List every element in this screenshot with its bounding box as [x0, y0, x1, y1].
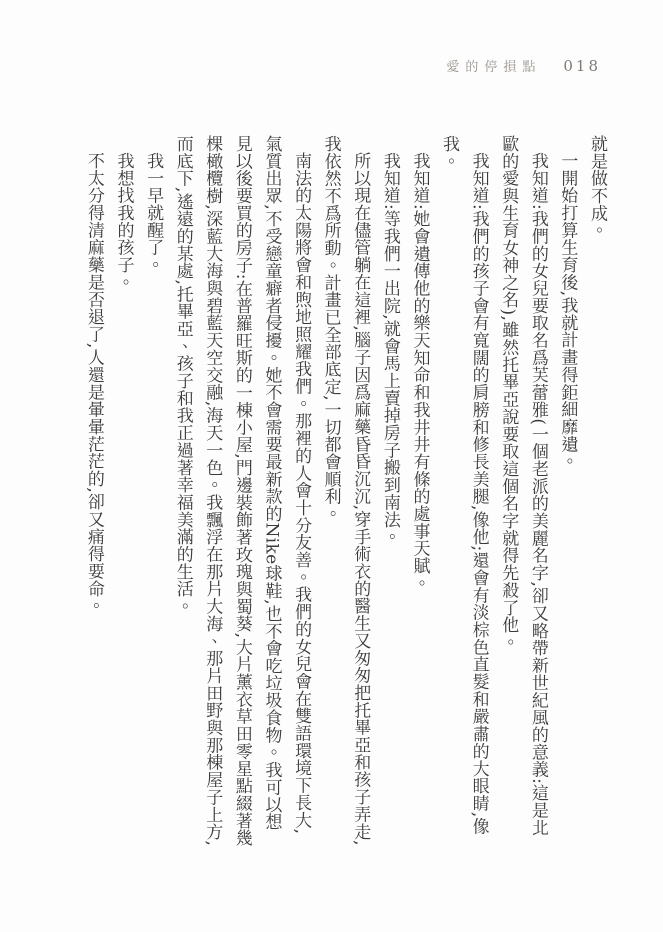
paragraph: 所以現在儘管躺在這裡,腦子因爲麻藥昏昏沉沉,穿手術衣的醫生又匆匆把托畢亞和孩子弄… — [315, 135, 374, 847]
paragraph: 南法的太陽將會和煦地照耀我們。那裡的人會十分友善。我們的女兒會在雙語環境下長大,… — [167, 135, 315, 847]
running-head: 愛的停損點 018 — [446, 56, 601, 75]
paragraph: 我知道:她會遺傳他的樂天知命和我井井有條的處事天賦。 — [404, 135, 434, 847]
paragraph: 一開始打算生育後,我就計畫得鉅細靡遺。 — [552, 135, 582, 847]
paragraph: 我想找我的孩子。 — [108, 135, 138, 847]
paragraph: 我知道:等我們一出院,就會馬上賣掉房子搬到南法。 — [374, 135, 404, 847]
body-text-block: 就是做不成。 一開始打算生育後,我就計畫得鉅細靡遺。 我知道:我們的女兒要取名爲… — [78, 135, 611, 847]
paragraph: 我知道:我們的女兒要取名爲芙蕾雅(一個老派的美麗名字,卻又略帶新世紀風的意義:這… — [493, 135, 552, 847]
book-page: 愛的停損點 018 就是做不成。 一開始打算生育後,我就計畫得鉅細靡遺。 我知道… — [0, 0, 663, 932]
paragraph: 就是做不成。 — [581, 135, 611, 847]
paragraph: 我一早就醒了。 — [138, 135, 168, 847]
paragraph: 不太分得清麻藥是否退了,人還是暈暈茫茫的,卻又痛得要命。 — [78, 135, 108, 847]
page-number: 018 — [563, 57, 601, 75]
running-title: 愛的停損點 — [446, 56, 541, 75]
paragraph: 我知道:我們的孩子會有寬闊的肩膀和修長美腿,像他;還會有淡棕色直髮和嚴肅的大眼睛… — [433, 135, 492, 847]
